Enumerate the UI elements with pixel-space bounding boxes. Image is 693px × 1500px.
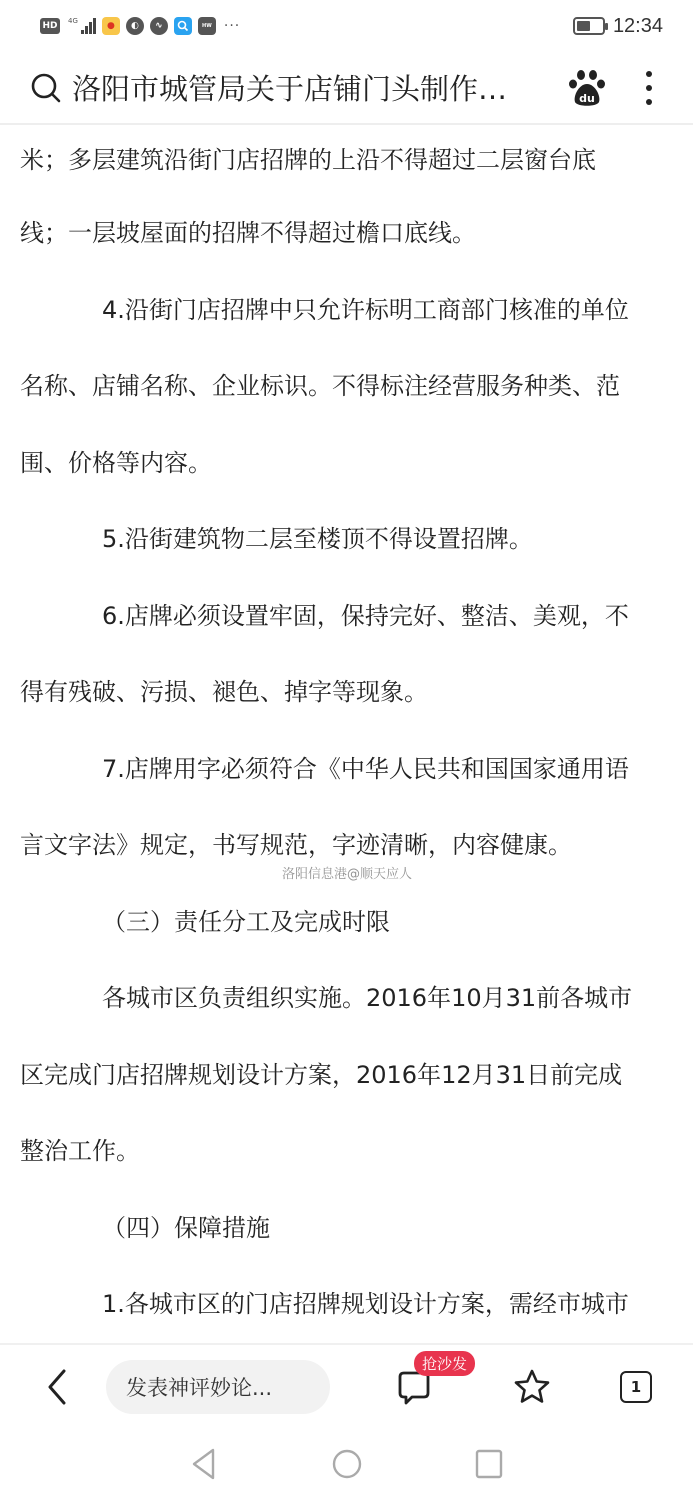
huawei-icon: HW <box>198 17 216 35</box>
section-heading: （四）保障措施 <box>20 1190 673 1267</box>
browser-header: 洛阳市城管局关于店铺门头制作… du <box>0 52 693 125</box>
article-line: 1.各城市区的门店招牌规划设计方案，需经市城市 <box>20 1266 673 1343</box>
article-line: 6.店牌必须设置牢固，保持完好、整洁、美观，不 <box>20 578 673 655</box>
comment-input[interactable]: 发表神评妙论... <box>106 1360 330 1414</box>
baidu-paw-icon[interactable]: du <box>567 68 607 108</box>
comment-button[interactable]: 抢沙发 <box>394 1367 434 1407</box>
article-line: 米；多层建筑沿街门店招牌的上沿不得超过二层窗台底 <box>20 125 673 195</box>
bottom-toolbar: 发表神评妙论... 抢沙发 1 <box>0 1343 693 1428</box>
article-body: 米；多层建筑沿街门店招牌的上沿不得超过二层窗台底 线；一层坡屋面的招牌不得超过檐… <box>0 125 693 1343</box>
more-notifications-icon: ··· <box>224 18 240 34</box>
article-line: 5.沿街建筑物二层至楼顶不得设置招牌。 <box>20 501 673 578</box>
article-line: 线；一层坡屋面的招牌不得超过檐口底线。 <box>20 195 673 272</box>
article-line: 4.沿街门店招牌中只允许标明工商部门核准的单位 <box>20 272 673 349</box>
nav-recents-icon[interactable] <box>473 1447 505 1481</box>
article-line: 区完成门店招牌规划设计方案，2016年12月31日前完成 <box>20 1037 673 1114</box>
nav-home-icon[interactable] <box>331 1447 363 1481</box>
search-icon[interactable] <box>30 72 62 104</box>
voice-icon: ∿ <box>150 17 168 35</box>
nav-back-icon[interactable] <box>189 1447 221 1481</box>
clock: 12:34 <box>613 15 663 38</box>
page-title[interactable]: 洛阳市城管局关于店铺门头制作… <box>72 67 567 108</box>
favorite-star-icon[interactable] <box>512 1367 552 1407</box>
sofa-badge: 抢沙发 <box>414 1351 475 1376</box>
browser-icon: ◐ <box>126 17 144 35</box>
notification-icons: HD 4G ● ◐ ∿ HW ··· <box>40 17 240 35</box>
network-type: 4G <box>68 18 78 25</box>
more-vertical-icon[interactable] <box>643 71 655 105</box>
hd-icon: HD <box>40 18 60 34</box>
section-heading: （三）责任分工及完成时限 <box>20 884 673 961</box>
svg-text:du: du <box>579 92 595 105</box>
weibo-icon: ● <box>102 17 120 35</box>
article-line: 名称、店铺名称、企业标识。不得标注经营服务种类、范 <box>20 348 673 425</box>
article-line: 围、价格等内容。 <box>20 425 673 502</box>
article-line: 得有残破、污损、褪色、掉字等现象。 <box>20 654 673 731</box>
watermark: 洛阳信息港@顺天应人 <box>282 863 412 882</box>
article-line: 7.店牌用字必须符合《中华人民共和国国家通用语 <box>20 731 673 808</box>
status-bar: HD 4G ● ◐ ∿ HW ··· 12:34 <box>0 0 693 52</box>
back-arrow-icon[interactable] <box>40 1367 76 1407</box>
4g-signal-icon: 4G <box>68 18 96 34</box>
article-line: 各城市区负责组织实施。2016年10月31前各城市 <box>20 960 673 1037</box>
article-line: 整治工作。 <box>20 1113 673 1190</box>
system-nav-bar <box>0 1428 693 1500</box>
battery-icon <box>573 17 605 35</box>
tabs-count-button[interactable]: 1 <box>620 1371 652 1403</box>
search-app-icon <box>174 17 192 35</box>
